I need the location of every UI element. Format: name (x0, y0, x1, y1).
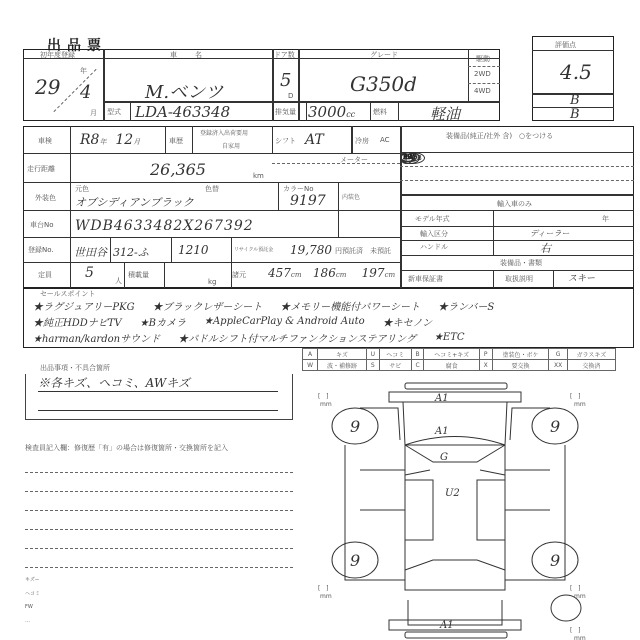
chassis-label: 車台No (30, 220, 54, 230)
capacity-value: 5 (85, 265, 94, 281)
svg-text:mm: mm (320, 401, 332, 408)
accessory-item: ABS (400, 152, 420, 162)
doors-label: ドア数 (274, 50, 295, 60)
capacity-label: 定員 (38, 270, 52, 280)
color-no-value: 9197 (290, 193, 326, 209)
fuel-label: 燃料 (373, 107, 387, 117)
score-label: 評価点 (555, 40, 576, 50)
mileage-value: 26,365 (150, 160, 206, 179)
displacement-label: 排気量 (275, 107, 296, 117)
inspector-notes-label: 検査員記入欄：修復歴「有」の場合は修復箇所・交換箇所を記入 (25, 443, 228, 453)
svg-text:mm: mm (574, 635, 586, 640)
reg-num: 1210 (178, 243, 209, 257)
car-damage-diagram: A1 A1 G U2 A1 9 9 9 9 [ ]mm [ ]mm [ ]mm … (300, 370, 640, 640)
svg-text:[ ]: [ ] (318, 585, 328, 592)
svg-text:G: G (440, 452, 448, 463)
svg-text:[ ]: [ ] (570, 585, 580, 592)
svg-text:[ ]: [ ] (318, 393, 328, 400)
fuel-value: 軽油 (430, 103, 460, 124)
sales-point: ★ラグジュアリーPKG (33, 298, 135, 313)
sales-point: ★AppleCarPlay & Android Auto (204, 316, 365, 327)
sales-point: ★純正HDDナビTV (33, 314, 122, 329)
svg-text:9: 9 (550, 417, 560, 436)
year-value: 29 (35, 75, 60, 99)
recycle-value: 19,780 (290, 243, 332, 257)
doors-value: 5 (280, 70, 291, 91)
notes-label: 出品事項・不具合箇所 (40, 363, 110, 373)
svg-text:A1: A1 (439, 620, 454, 631)
notes-value: ※各キズ、ヘコミ、AWキズ (38, 374, 278, 392)
grade-value: G350d (350, 72, 417, 96)
model-value: LDA-463348 (135, 103, 230, 121)
sales-point: ★Bカメラ (140, 314, 186, 329)
sales-point: ★ブラックレザーシート (153, 298, 263, 313)
reg-class: 312-ふ (113, 244, 149, 260)
score-value: 4.5 (560, 60, 592, 84)
import-type-value: ディーラー (530, 228, 569, 239)
mileage-label: 走行距離 (27, 164, 55, 174)
shift-value: AT (305, 132, 324, 148)
reg-label: 登録No. (28, 245, 54, 255)
interior-score: B (570, 93, 580, 108)
inspection-value: R8年 12月 (80, 132, 140, 148)
grade-label: グレード (370, 50, 398, 60)
svg-text:9: 9 (350, 417, 360, 436)
svg-text:9: 9 (350, 551, 360, 570)
svg-text:mm: mm (574, 401, 586, 408)
svg-text:mm: mm (574, 593, 586, 600)
keys-value: スキー (568, 271, 595, 284)
displacement-value: 3000cc (308, 103, 355, 121)
exterior-score: B (570, 107, 580, 122)
first-reg-label: 初年度登録 (40, 50, 75, 60)
sales-point: ★ランバーS (438, 298, 494, 313)
model-label: 型式 (107, 107, 121, 117)
svg-text:[ ]: [ ] (570, 393, 580, 400)
svg-text:U2: U2 (445, 488, 460, 499)
sales-points: ★ラグジュアリーPKG★ブラックレザーシート★メモリー機能付パワーシート★ランバ… (33, 297, 633, 345)
svg-text:A1: A1 (434, 393, 449, 404)
month-value: 4 (80, 82, 91, 103)
damage-legend: AキズUヘコミBヘコミ+キズP塗装色・ボケGガラスキズW波・補修跡SサビC腐食X… (302, 348, 616, 371)
svg-text:A1: A1 (434, 426, 449, 437)
accessories-grid: PSPWTVナビ革SRAWエアBABS (400, 152, 634, 194)
sales-point: ★パドルシフト付マルチファンクションステアリング (178, 330, 416, 345)
accessories-label: 装備品(純正/社外 含) ○をつける (446, 131, 553, 141)
inspection-label: 車検 (38, 136, 52, 146)
svg-text:9: 9 (550, 551, 560, 570)
svg-text:mm: mm (320, 593, 332, 600)
car-name-label: 車名 (170, 50, 220, 60)
sales-point: ★harman/kardonサウンド (33, 330, 160, 345)
svg-text:[ ]: [ ] (570, 627, 580, 634)
sales-point: ★キセノン (383, 314, 433, 329)
dimensions-value: 457cm 186cm 197cm (268, 266, 395, 280)
sales-point: ★メモリー機能付パワーシート (280, 298, 420, 313)
car-name-value: M.ベンツ (145, 78, 223, 104)
sales-point: ★ETC (434, 332, 465, 343)
chassis-value: WDB4633482X267392 (75, 218, 254, 234)
exterior-color-label: 外装色 (35, 193, 56, 203)
handle-value: 右 (540, 240, 551, 256)
exterior-color-value: オブシディアンブラック (75, 194, 194, 210)
reg-area: 世田谷 (74, 244, 107, 260)
